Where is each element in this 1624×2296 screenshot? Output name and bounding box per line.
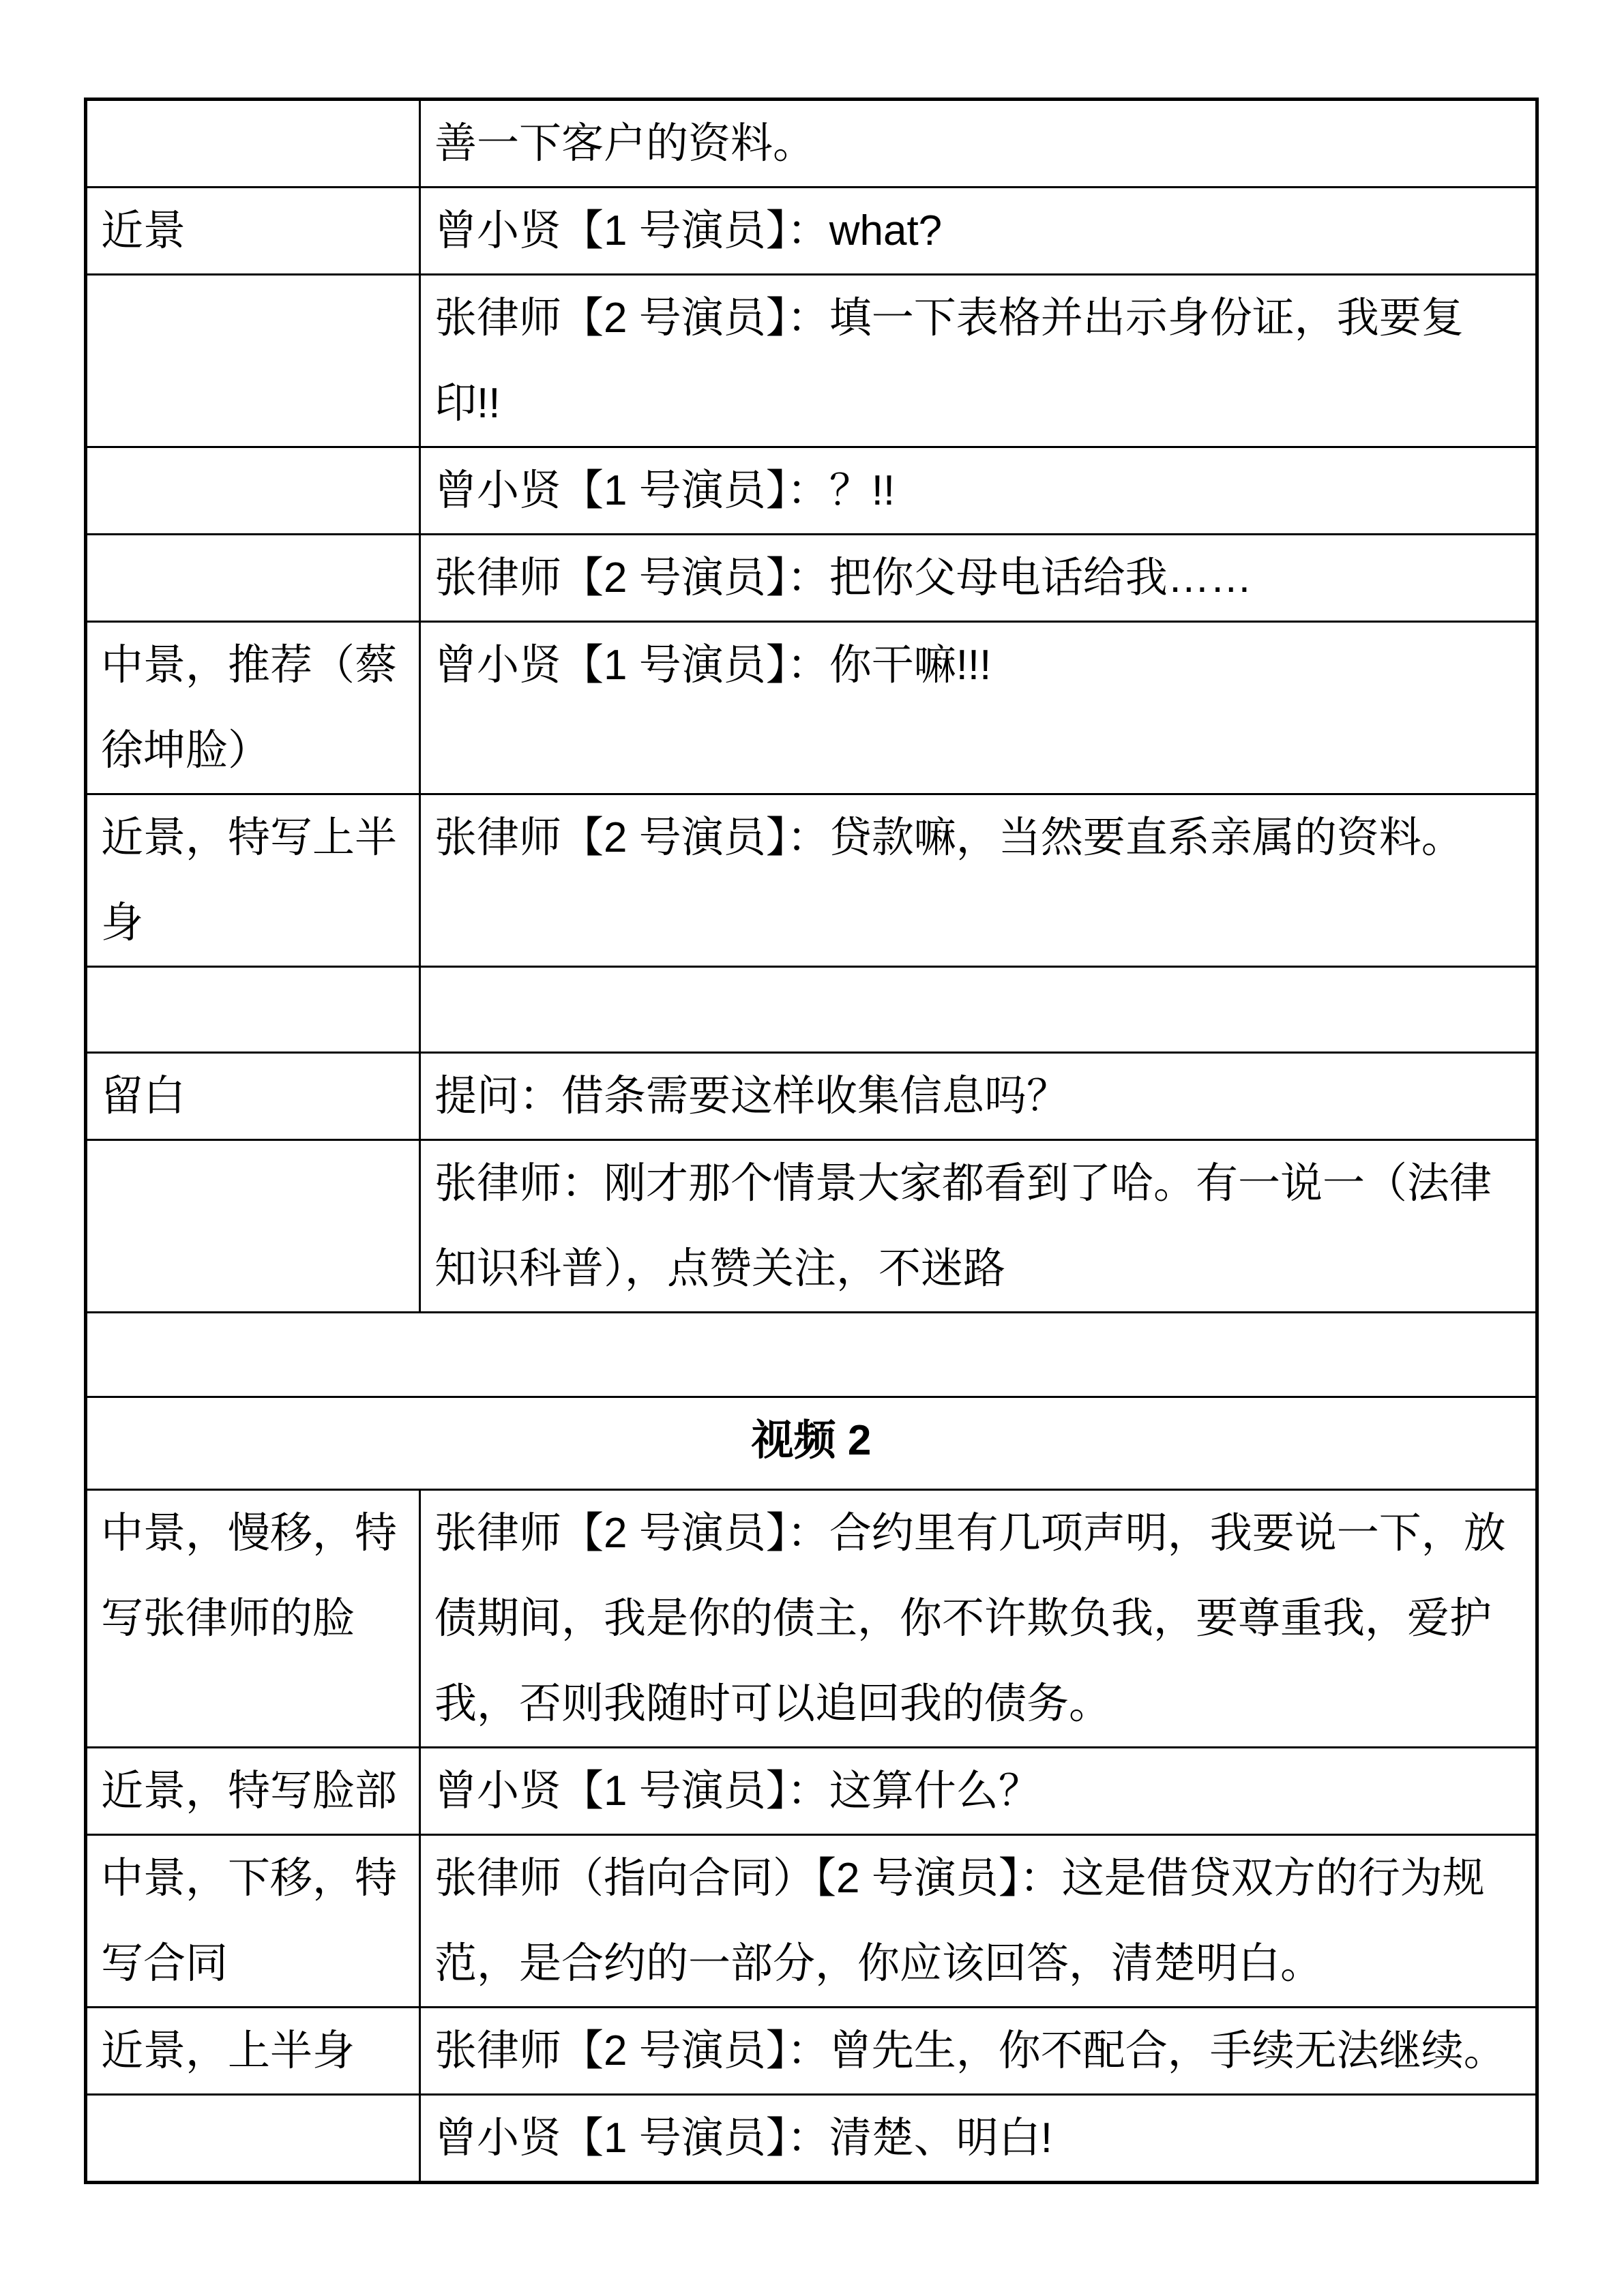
table-row: 张律师【2 号演员】：填一下表格并出示身份证，我要复印!! <box>86 275 1537 447</box>
shot-cell: 中景，下移，特写合同 <box>86 1835 420 2008</box>
section-title: 视频 2 <box>86 1397 1537 1490</box>
shot-cell: 留白 <box>86 1053 420 1140</box>
dialogue-cell: 善一下客户的资料。 <box>420 100 1537 188</box>
table-row: 留白提问：借条需要这样收集信息吗？ <box>86 1053 1537 1140</box>
script-sheet: 善一下客户的资料。近景曾小贤【1 号演员】：what?张律师【2 号演员】：填一… <box>84 98 1535 2184</box>
shot-cell: 中景，慢移，特写张律师的脸 <box>86 1490 420 1748</box>
dialogue-cell: 张律师【2 号演员】：合约里有几项声明，我要说一下，放债期间，我是你的债主，你不… <box>420 1490 1537 1748</box>
script-table: 善一下客户的资料。近景曾小贤【1 号演员】：what?张律师【2 号演员】：填一… <box>84 98 1539 2184</box>
shot-cell <box>86 535 420 622</box>
shot-cell <box>86 967 420 1053</box>
dialogue-cell: 张律师【2 号演员】：曾先生，你不配合，手续无法继续。 <box>420 2008 1537 2095</box>
table-row: 近景，特写脸部曾小贤【1 号演员】：这算什么？ <box>86 1748 1537 1835</box>
table-row: 中景，下移，特写合同张律师（指向合同）【2 号演员】：这是借贷双方的行为规范，是… <box>86 1835 1537 2008</box>
table-row: 中景，推荐（蔡徐坤脸）曾小贤【1 号演员】：你干嘛!!! <box>86 622 1537 794</box>
table-row: 近景，上半身张律师【2 号演员】：曾先生，你不配合，手续无法继续。 <box>86 2008 1537 2095</box>
table-row: 张律师【2 号演员】：把你父母电话给我…… <box>86 535 1537 622</box>
shot-cell: 近景，上半身 <box>86 2008 420 2095</box>
table-row: 张律师：刚才那个情景大家都看到了哈。有一说一（法律知识科普），点赞关注，不迷路 <box>86 1140 1537 1313</box>
dialogue-cell: 曾小贤【1 号演员】：what? <box>420 188 1537 275</box>
document-page: { "page": { "background_color": "#ffffff… <box>0 0 1624 2296</box>
dialogue-cell: 张律师（指向合同）【2 号演员】：这是借贷双方的行为规范，是合约的一部分，你应该… <box>420 1835 1537 2008</box>
dialogue-cell: 张律师：刚才那个情景大家都看到了哈。有一说一（法律知识科普），点赞关注，不迷路 <box>420 1140 1537 1313</box>
table-row <box>86 967 1537 1053</box>
dialogue-cell: 曾小贤【1 号演员】：？!! <box>420 447 1537 535</box>
table-row <box>86 1313 1537 1397</box>
shot-cell <box>86 1140 420 1313</box>
script-table-body: 善一下客户的资料。近景曾小贤【1 号演员】：what?张律师【2 号演员】：填一… <box>86 100 1537 2183</box>
dialogue-cell: 曾小贤【1 号演员】：清楚、明白! <box>420 2095 1537 2183</box>
dialogue-cell: 张律师【2 号演员】：贷款嘛，当然要直系亲属的资料。 <box>420 794 1537 967</box>
table-row: 曾小贤【1 号演员】：清楚、明白! <box>86 2095 1537 2183</box>
shot-cell <box>86 2095 420 2183</box>
shot-cell <box>86 275 420 447</box>
shot-cell: 中景，推荐（蔡徐坤脸） <box>86 622 420 794</box>
dialogue-cell: 提问：借条需要这样收集信息吗？ <box>420 1053 1537 1140</box>
table-row: 曾小贤【1 号演员】：？!! <box>86 447 1537 535</box>
table-row: 善一下客户的资料。 <box>86 100 1537 188</box>
dialogue-cell: 张律师【2 号演员】：把你父母电话给我…… <box>420 535 1537 622</box>
dialogue-cell: 曾小贤【1 号演员】：这算什么？ <box>420 1748 1537 1835</box>
table-row: 中景，慢移，特写张律师的脸张律师【2 号演员】：合约里有几项声明，我要说一下，放… <box>86 1490 1537 1748</box>
table-row: 近景曾小贤【1 号演员】：what? <box>86 188 1537 275</box>
dialogue-cell <box>420 967 1537 1053</box>
table-row: 视频 2 <box>86 1397 1537 1490</box>
shot-cell <box>86 100 420 188</box>
shot-cell: 近景，特写上半身 <box>86 794 420 967</box>
shot-cell: 近景，特写脸部 <box>86 1748 420 1835</box>
table-row: 近景，特写上半身张律师【2 号演员】：贷款嘛，当然要直系亲属的资料。 <box>86 794 1537 967</box>
shot-cell <box>86 447 420 535</box>
spacer-cell <box>86 1313 1537 1397</box>
dialogue-cell: 曾小贤【1 号演员】：你干嘛!!! <box>420 622 1537 794</box>
shot-cell: 近景 <box>86 188 420 275</box>
dialogue-cell: 张律师【2 号演员】：填一下表格并出示身份证，我要复印!! <box>420 275 1537 447</box>
